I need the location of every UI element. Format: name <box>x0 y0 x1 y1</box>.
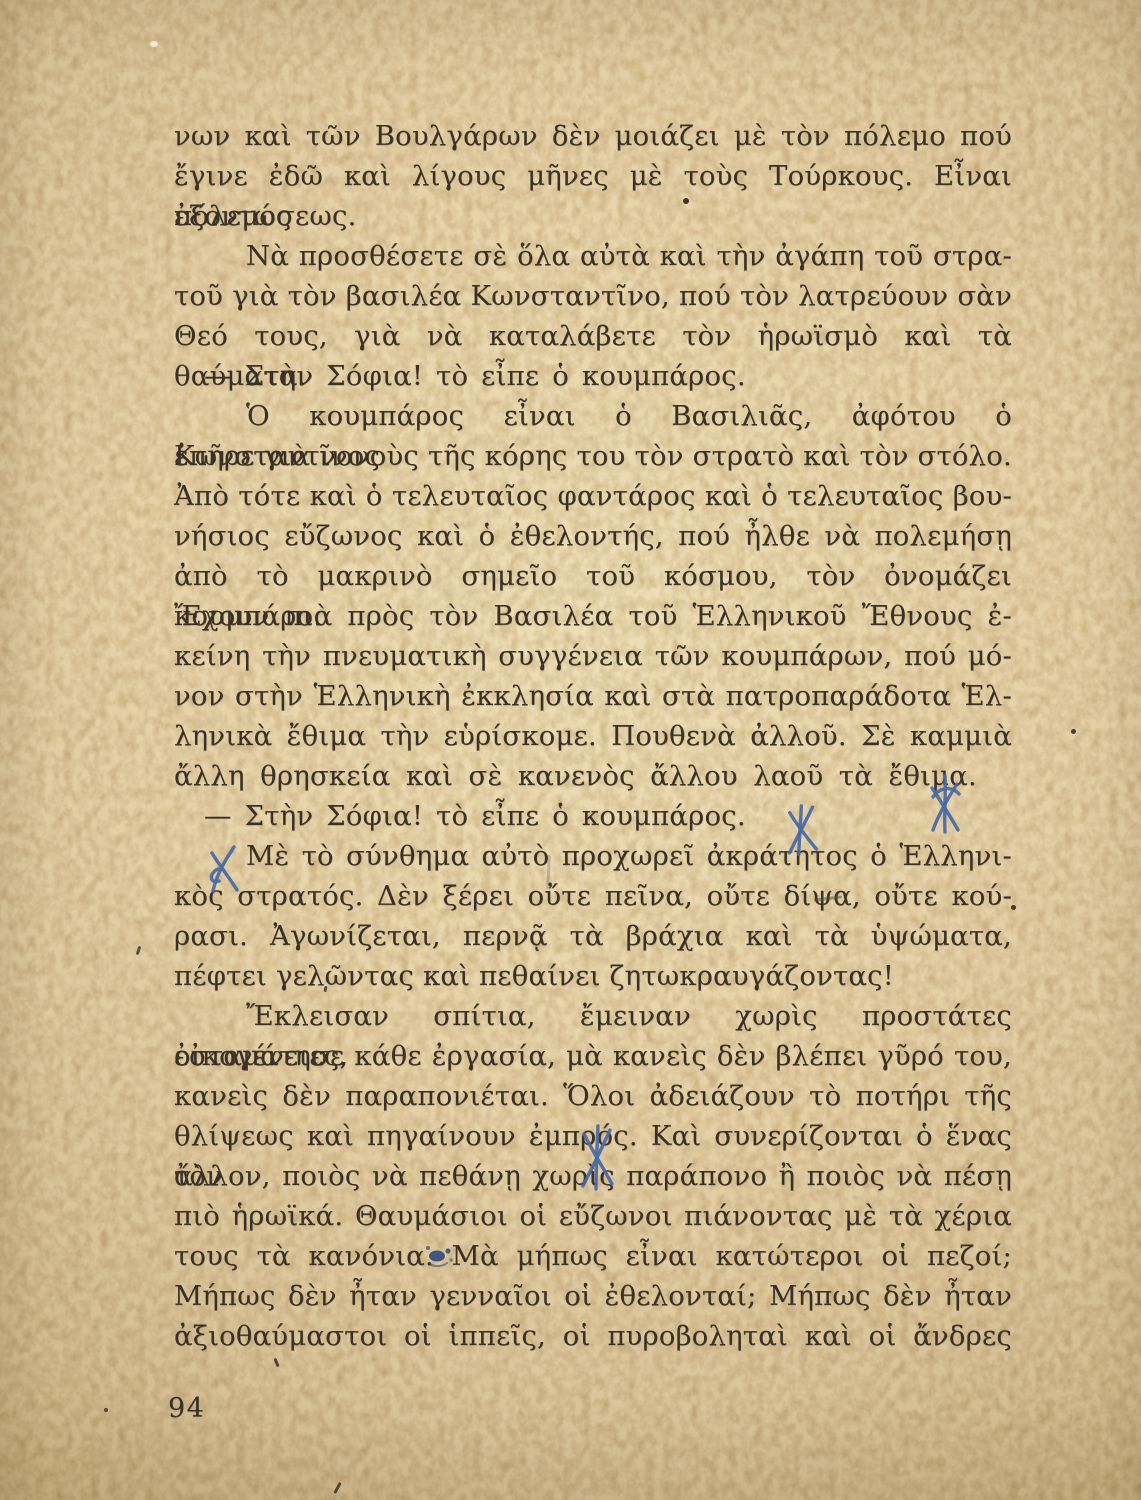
printed-text-block: νων καὶ τῶν Βουλγάρων δὲν μοιάζει μὲ τὸν… <box>174 116 1012 1356</box>
text-line: Μήπως δὲν ἦταν γενναῖοι οἱ ἐθελονταί; Μή… <box>174 1276 1012 1316</box>
pencil-speck <box>273 1358 279 1367</box>
pencil-speck <box>333 1482 341 1494</box>
text-line-dialogue: — Στὴν Σόφια! τὸ εἶπε ὁ κουμπάρος. <box>174 796 1012 836</box>
text-line: Ὁ κουμπάρος εἶναι ὁ Βασιλιᾶς, ἀφότου ὁ Κ… <box>174 396 1012 436</box>
text-line: πιὸ ἡρωϊκά. Θαυμάσιοι οἱ εὔζωνοι πιάνοντ… <box>174 1196 1012 1236</box>
text-line: κείνη τὴν πνευματικὴ συγγένεια τῶν κουμπ… <box>174 636 1012 676</box>
text-line: πέφτει γελῶντας καὶ πεθαίνει ζητωκραυγάζ… <box>174 956 1012 996</box>
text-line: κανεὶς δὲν παραπονιέται. Ὅλοι ἀδειάζουν … <box>174 1076 1012 1116</box>
text-line: ἄλλη θρησκεία καὶ σὲ κανενὸς ἄλλου λαοῦ … <box>174 756 1012 796</box>
text-line: τοῦ γιὰ τὸν βασιλέα Κωνσταντῖνο, πού τὸν… <box>174 276 1012 316</box>
text-line: Ἀπὸ τότε καὶ ὁ τελευταῖος φαντάρος καὶ ὁ… <box>174 476 1012 516</box>
text-line: νων καὶ τῶν Βουλγάρων δὲν μοιάζει μὲ τὸν… <box>174 116 1012 156</box>
pencil-speck <box>136 946 142 955</box>
text-line: Θεό τους, γιὰ νὰ καταλάβετε τὸν ἡρωϊσμὸ … <box>174 316 1012 356</box>
text-line: ἀξιοθαύμαστοι οἱ ἱππεῖς, οἱ πυροβοληταὶ … <box>174 1316 1012 1356</box>
text-line: ἐσταμάτησε κάθε ἐργασία, μὰ κανεὶς δὲν β… <box>174 1036 1012 1076</box>
text-line: θλίψεως καὶ πηγαίνουν ἐμπρός. Καὶ συνερί… <box>174 1116 1012 1156</box>
text-line: ἀπὸ τὸ μακρινὸ σημεῖο τοῦ κόσμου, τὸν ὀν… <box>174 556 1012 596</box>
book-page-scan: νων καὶ τῶν Βουλγάρων δὲν μοιάζει μὲ τὸν… <box>0 0 1141 1500</box>
text-line: ληνικὰ ἔθιμα τὴν εὑρίσκομε. Πουθενὰ ἀλλο… <box>174 716 1012 756</box>
page-number: 94 <box>168 1393 205 1424</box>
text-line-dialogue: — Στὴν Σόφια! τὸ εἶπε ὁ κουμπάρος. <box>174 356 1012 396</box>
text-line: Νὰ προσθέσετε σὲ ὅλα αὐτὰ καὶ τὴν ἀγάπη … <box>174 236 1012 276</box>
text-line: ἐπῆρε γιὰ νονοὺς τῆς κόρης του τὸν στρατ… <box>174 436 1012 476</box>
ink-speck <box>104 1408 108 1412</box>
text-line: νήσιος εὔζωνος καὶ ὁ ἐθελοντής, πού ἦλθε… <box>174 516 1012 556</box>
text-line: ἐξοντώσεως. <box>174 196 1012 236</box>
text-line: Ἔκλεισαν σπίτια, ἔμειναν χωρὶς προστάτες… <box>174 996 1012 1036</box>
text-line: Ἔχουν πιὰ πρὸς τὸν Βασιλέα τοῦ Ἑλληνικοῦ… <box>174 596 1012 636</box>
paper-fleck <box>150 41 158 47</box>
text-line: τους τὰ κανόνια. Μὰ μήπως εἶναι κατώτερο… <box>174 1236 1012 1276</box>
text-line: Μὲ τὸ σύνθημα αὐτὸ προχωρεῖ ἀκράτητος ὁ … <box>174 836 1012 876</box>
text-line: ἔγινε ἐδῶ καὶ λίγους μῆνες μὲ τοὺς Τούρκ… <box>174 156 1012 196</box>
text-line: κὸς στρατός. Δὲν ξέρει οὔτε πεῖνα, οὔτε … <box>174 876 1012 916</box>
ink-speck <box>1071 729 1076 734</box>
text-line: ρασι. Ἀγωνίζεται, περνᾷ τὰ βράχια καὶ τὰ… <box>174 916 1012 956</box>
text-line: ἄλλον, ποιὸς νὰ πεθάνῃ χωρὶς παράπονο ἢ … <box>174 1156 1012 1196</box>
text-line: νον στὴν Ἑλληνικὴ ἐκκλησία καὶ στὰ πατρο… <box>174 676 1012 716</box>
